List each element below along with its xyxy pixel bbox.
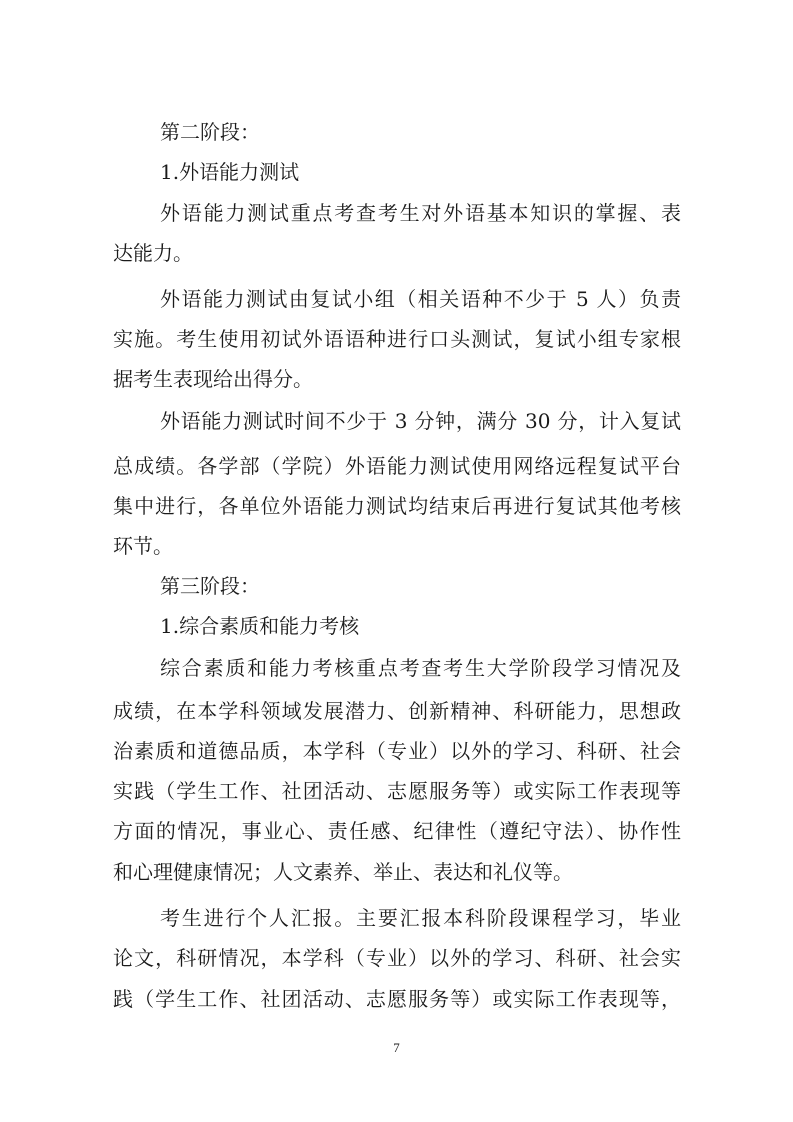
text-line: 环节。 [113, 531, 681, 561]
text-line: 治素质和道德品质，本学科（专业）以外的学习、科研、社会 [113, 736, 681, 766]
text-line: 和心理健康情况；人文素养、举止、表达和礼仪等。 [113, 857, 681, 887]
text-line: 据考生表现给出得分。 [113, 364, 681, 394]
text-line: 实践（学生工作、社团活动、志愿服务等）或实际工作表现等 [113, 776, 681, 806]
text-line: 第二阶段： [160, 117, 681, 147]
text-line: 方面的情况，事业心、责任感、纪律性（遵纪守法）、协作性 [113, 816, 681, 846]
text-line: 达能力。 [113, 238, 681, 268]
text-line: 外语能力测试由复试小组（相关语种不少于 5 人）负责 [160, 284, 681, 314]
text-line: 集中进行，各单位外语能力测试均结束后再进行复试其他考核 [113, 491, 681, 521]
text-line: 论文，科研情况，本学科（专业）以外的学习、科研、社会实 [113, 943, 681, 973]
text-line: 考生进行个人汇报。主要汇报本科阶段课程学习，毕业 [160, 903, 681, 933]
text-line: 总成绩。各学部（学院）外语能力测试使用网络远程复试平台 [113, 451, 681, 481]
text-line: 践（学生工作、社团活动、志愿服务等）或实际工作表现等， [113, 984, 681, 1014]
document-page: 第二阶段：1.外语能力测试外语能力测试重点考查考生对外语基本知识的掌握、表达能力… [0, 0, 793, 1122]
page-number: 7 [0, 1040, 793, 1056]
text-line: 外语能力测试重点考查考生对外语基本知识的掌握、表 [160, 198, 681, 228]
text-line: 1.综合素质和能力考核 [160, 611, 681, 641]
text-line: 成绩，在本学科领域发展潜力、创新精神、科研能力，思想政 [113, 696, 681, 726]
text-line: 综合素质和能力考核重点考查考生大学阶段学习情况及 [160, 653, 681, 683]
text-line: 1.外语能力测试 [160, 157, 681, 187]
text-line: 第三阶段： [160, 571, 681, 601]
text-line: 外语能力测试时间不少于 3 分钟，满分 30 分，计入复试 [160, 406, 681, 436]
text-line: 实施。考生使用初试外语语种进行口头测试，复试小组专家根 [113, 324, 681, 354]
